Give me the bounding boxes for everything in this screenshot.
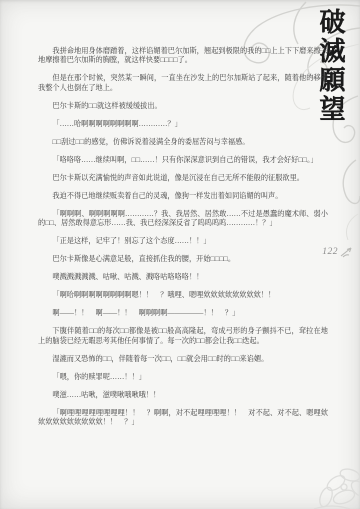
paragraph: 「啊哩哩哩哩哩哩哩哩！！ ？啊啊，对不起哩哩哩哩！！ 对不起、对不起、嗯哩欸欸欸…: [38, 409, 328, 428]
paragraph: 但是在那个时候，突然某一瞬间，一直坐在沙发上的巴尔加斯站了起来，随着他的移动我整…: [38, 74, 328, 93]
paragraph: 「正是这样，记牢了！别忘了这个态度……！！」: [38, 237, 328, 246]
paragraph: 噗溅溅溅溅溅、咕啾、咕溅、溅咯咕咯咯咯！！: [38, 273, 328, 282]
page-ornament-icon: [340, 245, 354, 259]
paragraph: 噗滋……咕啾，滋噗啾哦啾哦！！: [38, 391, 328, 400]
paragraph: 湿漉而又恐怖的□□，伴随着每一次□□，□□就会用□□时的□□来谄媚。: [38, 355, 328, 364]
body-text: 我拼命地用身体磨蹭着，这样谄媚着巴尔加斯，翘起到极限的我的□□上上下下磨来擦去地…: [38, 47, 328, 436]
paragraph: 我拼命地用身体磨蹭着，这样谄媚着巴尔加斯，翘起到极限的我的□□上上下下磨来擦去地…: [38, 47, 328, 66]
paragraph: 巴尔卡斯以充满愉悦的声音如此说道，像是沉浸在自己无所不能般的征服欲里。: [38, 174, 328, 183]
paragraph: 「啊哈啊啊啊啊啊啊啊啊嗯！！ ？哦哩、嗯哩欸欸欸欸欸欸欸欸！！: [38, 291, 328, 300]
paragraph: 「喂，你的赎罪呢……！！」: [38, 373, 328, 382]
paragraph: 我迫不得已地继续贩卖着自己的灵魂，像狗一样发出着如同谄媚的叫声。: [38, 192, 328, 201]
floral-ornament-icon: [278, 425, 360, 509]
paragraph: 「……哈啊啊啊啊啊啊啊啊…………？」: [38, 120, 328, 129]
paragraph: 「咯咯咯……继续叫啊，□□……！只有你深深意识到自己的错误，我才会好好□□。」: [38, 156, 328, 165]
paragraph: 巴尔卡斯的□□就这样被缓缓拔出。: [38, 102, 328, 111]
paragraph: 啊——！！ 啊——！！ 啊啊啊啊—————！！ ？」: [38, 309, 328, 318]
paragraph: □□刮过□□的感觉，仿佛诉说着浸满全身的委屈苦闷与幸福感。: [38, 138, 328, 147]
paragraph: 下腹伴随着□□的每次□□都像是被□□般高高隆起，弯成弓形的身子颤抖不已，耷拉在地…: [38, 327, 328, 346]
paragraph: 巴尔卡斯像是心满意足般，直接抓住我的腰，开始□□□□。: [38, 255, 328, 264]
paragraph: 「啊啊啊、啊啊啊啊啊…………？我、我居然、居然敢……不过是愚蠢的魔术师、弱小的□…: [38, 210, 328, 229]
